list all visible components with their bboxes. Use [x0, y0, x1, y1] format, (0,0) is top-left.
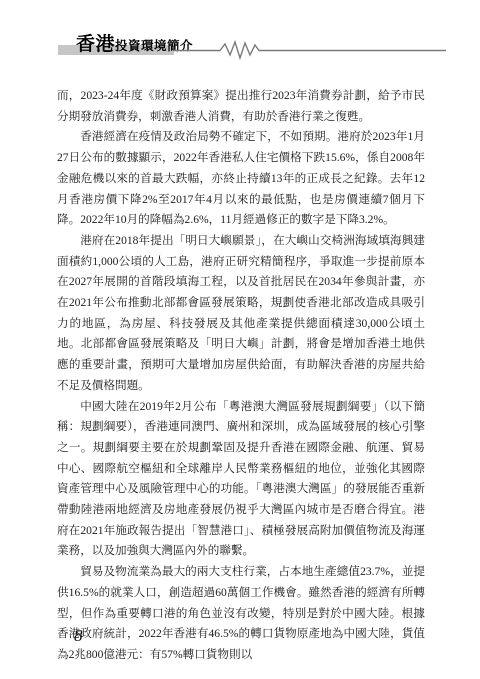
body-paragraph: 港府在2018年提出「明日大嶼願景」，在大嶼山交椅洲海域填海興建面積約1,000… [57, 231, 425, 397]
body-text: 而，2023-24年度《財政預算案》提出推行2023年消費券計劃，給予市民分期發… [57, 86, 425, 666]
body-paragraph: 香港經濟在疫情及政治局勢不確定下，不如預期。港府於2023年1月27日公布的數據… [57, 127, 425, 231]
pulse-line-icon [173, 40, 446, 61]
body-paragraph: 中國大陸在2019年2月公布「粵港澳大灣區發展規劃綱要」（以下簡稱：規劃綱要），… [57, 397, 425, 563]
document-page: 香港投資環境簡介 而，2023-24年度《財政預算案》提出推行2023年消費券計… [0, 0, 480, 679]
body-paragraph: 貿易及物流業為最大的兩大支柱行業，占本地生產總值23.7%，並提供16.5%的就… [57, 562, 425, 666]
body-paragraph: 而，2023-24年度《財政預算案》提出推行2023年消費券計劃，給予市民分期發… [57, 86, 425, 127]
header-title-main: 香港 [76, 34, 115, 55]
page-number: 8 [74, 626, 83, 646]
